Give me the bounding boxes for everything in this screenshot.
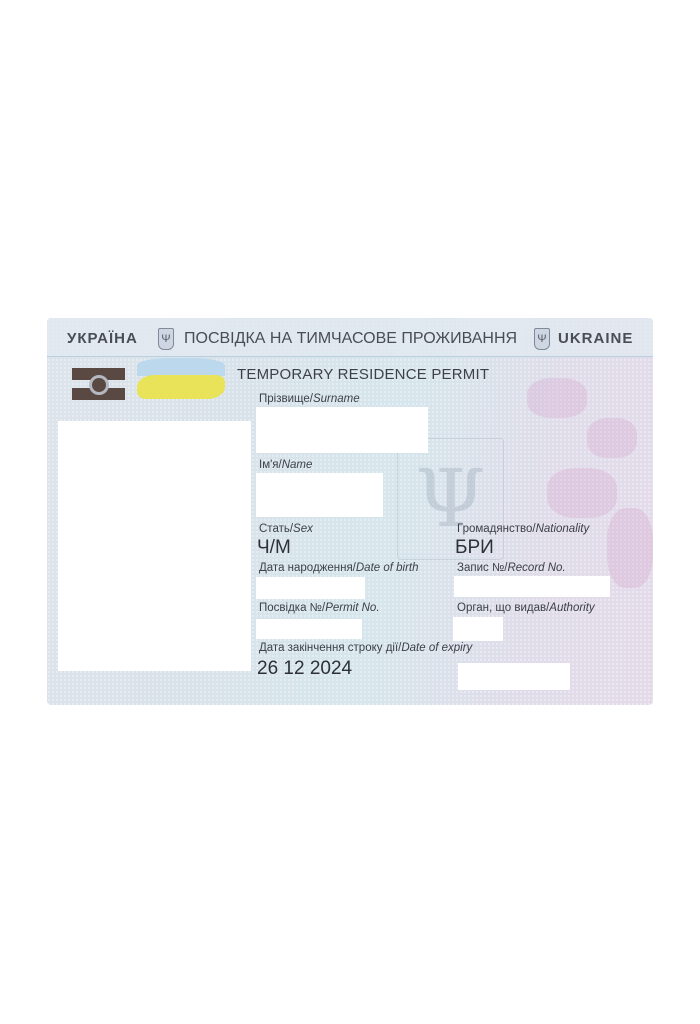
trident-emblem-icon: Ψ xyxy=(158,328,174,350)
contactless-chip-icon xyxy=(72,368,125,400)
authority-value-redacted xyxy=(453,617,503,641)
card-header: УКРАЇНА Ψ ПОСВІДКА НА ТИМЧАСОВЕ ПРОЖИВАН… xyxy=(47,318,653,357)
surname-label: Прізвище/Surname xyxy=(259,393,360,405)
sex-label: Стать/Sex xyxy=(259,523,313,535)
record-no-label: Запис №/Record No. xyxy=(457,562,566,574)
nationality-value: БРИ xyxy=(455,537,494,559)
date-of-expiry-value: 26 12 2024 xyxy=(257,658,352,680)
background-pattern xyxy=(547,468,617,518)
background-pattern xyxy=(607,508,653,588)
nationality-label: Громадянство/Nationality xyxy=(457,523,589,535)
sex-value: Ч/M xyxy=(257,537,291,559)
country-en: UKRAINE xyxy=(558,330,633,347)
name-label: Ім'я/Name xyxy=(259,459,312,471)
permit-no-value-redacted xyxy=(256,619,362,639)
surname-value-redacted xyxy=(256,407,428,453)
date-of-birth-label: Дата народження/Date of birth xyxy=(259,562,419,574)
holder-photo-redacted xyxy=(58,421,251,671)
signature-redacted xyxy=(458,663,570,690)
trident-emblem-icon: Ψ xyxy=(534,328,550,350)
date-of-birth-value-redacted xyxy=(256,577,365,599)
background-pattern xyxy=(587,418,637,458)
permit-no-label: Посвідка №/Permit No. xyxy=(259,602,380,614)
name-value-redacted xyxy=(256,473,383,517)
background-pattern xyxy=(527,378,587,418)
residence-permit-card: Ψ УКРАЇНА Ψ ПОСВІДКА НА ТИМЧАСОВЕ ПРОЖИВ… xyxy=(47,318,653,705)
document-type-ua: ПОСВІДКА НА ТИМЧАСОВЕ ПРОЖИВАННЯ xyxy=(184,330,517,348)
ukraine-flag-icon xyxy=(137,358,225,402)
document-title: TEMPORARY RESIDENCE PERMIT xyxy=(237,366,489,383)
record-no-value-redacted xyxy=(454,576,610,597)
date-of-expiry-label: Дата закінчення строку дії/Date of expir… xyxy=(259,642,472,654)
country-ua: УКРАЇНА xyxy=(67,330,138,347)
authority-label: Орган, що видав/Authority xyxy=(457,602,595,614)
